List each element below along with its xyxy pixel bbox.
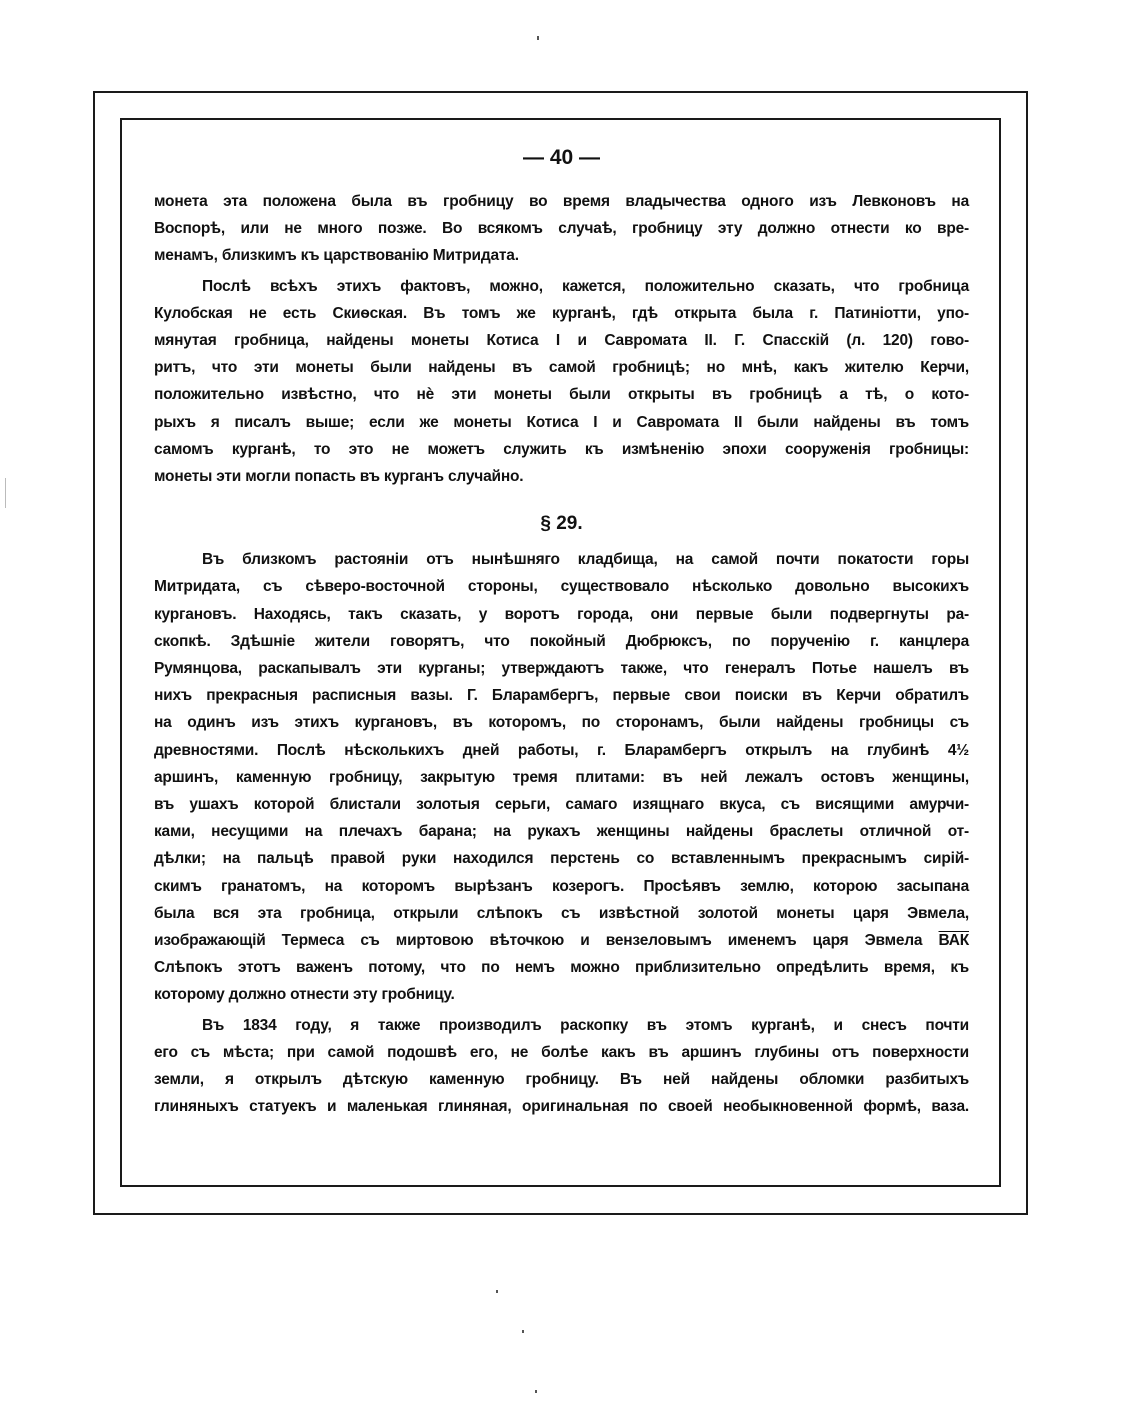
text-line: Слѣпокъ этотъ важенъ потому, что по немъ… bbox=[154, 954, 969, 981]
text-line: ритъ, что эти монеты были найдены въ сам… bbox=[154, 354, 969, 381]
text-fragment: изображающій Термеса съ миртовою вѣточко… bbox=[154, 932, 922, 949]
text-line: Митридата, съ сѣверо-восточной стороны, … bbox=[154, 573, 969, 600]
text-line: древностями. Послѣ нѣсколькихъ дней рабо… bbox=[154, 737, 969, 764]
text-line: скопкѣ. Здѣшніе жители говорятъ, что пок… bbox=[154, 628, 969, 655]
text-line: Послѣ всѣхъ этихъ фактовъ, можно, кажетс… bbox=[154, 273, 969, 300]
text-line: Воспорѣ, или не много позже. Во всякомъ … bbox=[154, 215, 969, 242]
text-line: глиняныхъ статуекъ и маленькая глиняная,… bbox=[154, 1093, 969, 1120]
scan-speck bbox=[5, 478, 6, 508]
text-line-with-monogram: изображающій Термеса съ миртовою вѣточко… bbox=[154, 927, 969, 954]
text-line: монета эта положена была въ гробницу во … bbox=[154, 188, 969, 215]
page-content: — 40 — монета эта положена была въ гробн… bbox=[154, 140, 969, 1121]
text-line: которому должно отнести эту гробницу. bbox=[154, 981, 969, 1008]
scan-speck bbox=[522, 1330, 524, 1333]
monogram: ВАК bbox=[939, 932, 969, 949]
text-line: ками, несущими на плечахъ барана; на рук… bbox=[154, 818, 969, 845]
scan-speck bbox=[535, 1390, 537, 1393]
text-line: Румянцова, раскапывалъ эти курганы; утве… bbox=[154, 655, 969, 682]
text-line: дѣлки; на пальцѣ правой руки находился п… bbox=[154, 845, 969, 872]
text-line: аршинъ, каменную гробницу, закрытую трем… bbox=[154, 764, 969, 791]
text-line: Въ 1834 году, я также производилъ раскоп… bbox=[154, 1012, 969, 1039]
text-line: монеты эти могли попасть въ курганъ случ… bbox=[154, 463, 969, 490]
text-line: Въ близкомъ растояніи отъ нынѣшняго клад… bbox=[154, 546, 969, 573]
scan-speck bbox=[537, 36, 539, 40]
scan-speck bbox=[496, 1290, 498, 1293]
text-line: нихъ прекрасныя расписныя вазы. Г. Блара… bbox=[154, 682, 969, 709]
text-line: въ ушахъ которой блистали золотыя серьги… bbox=[154, 791, 969, 818]
text-line: рыхъ я писалъ выше; если же монеты Котис… bbox=[154, 409, 969, 436]
paragraph-2: Послѣ всѣхъ этихъ фактовъ, можно, кажетс… bbox=[154, 273, 969, 491]
paragraph-1: монета эта положена была въ гробницу во … bbox=[154, 188, 969, 270]
text-line: положительно извѣстно, что нѐ эти монеты… bbox=[154, 381, 969, 408]
text-line: мянутая гробница, найдены монеты Котиса … bbox=[154, 327, 969, 354]
paragraph-3: Въ близкомъ растояніи отъ нынѣшняго клад… bbox=[154, 546, 969, 1008]
text-line: его съ мѣста; при самой подошвѣ его, не … bbox=[154, 1039, 969, 1066]
text-line: самомъ курганѣ, то это не можетъ служить… bbox=[154, 436, 969, 463]
text-line: на одинъ изъ этихъ кургановъ, въ котором… bbox=[154, 709, 969, 736]
page-number: — 40 — bbox=[154, 140, 969, 176]
text-line: земли, я открылъ дѣтскую каменную гробни… bbox=[154, 1066, 969, 1093]
text-line: кургановъ. Находясь, такъ сказать, у вор… bbox=[154, 601, 969, 628]
text-line: менамъ, близкимъ къ царствованію Митрида… bbox=[154, 242, 969, 269]
text-line: скимъ гранатомъ, на которомъ вырѣзанъ ко… bbox=[154, 873, 969, 900]
section-heading: § 29. bbox=[154, 502, 969, 546]
text-line: была вся эта гробница, открыли слѣпокъ с… bbox=[154, 900, 969, 927]
paragraph-4: Въ 1834 году, я также производилъ раскоп… bbox=[154, 1012, 969, 1121]
text-line: Кулобская не есть Скиѳская. Въ томъ же к… bbox=[154, 300, 969, 327]
